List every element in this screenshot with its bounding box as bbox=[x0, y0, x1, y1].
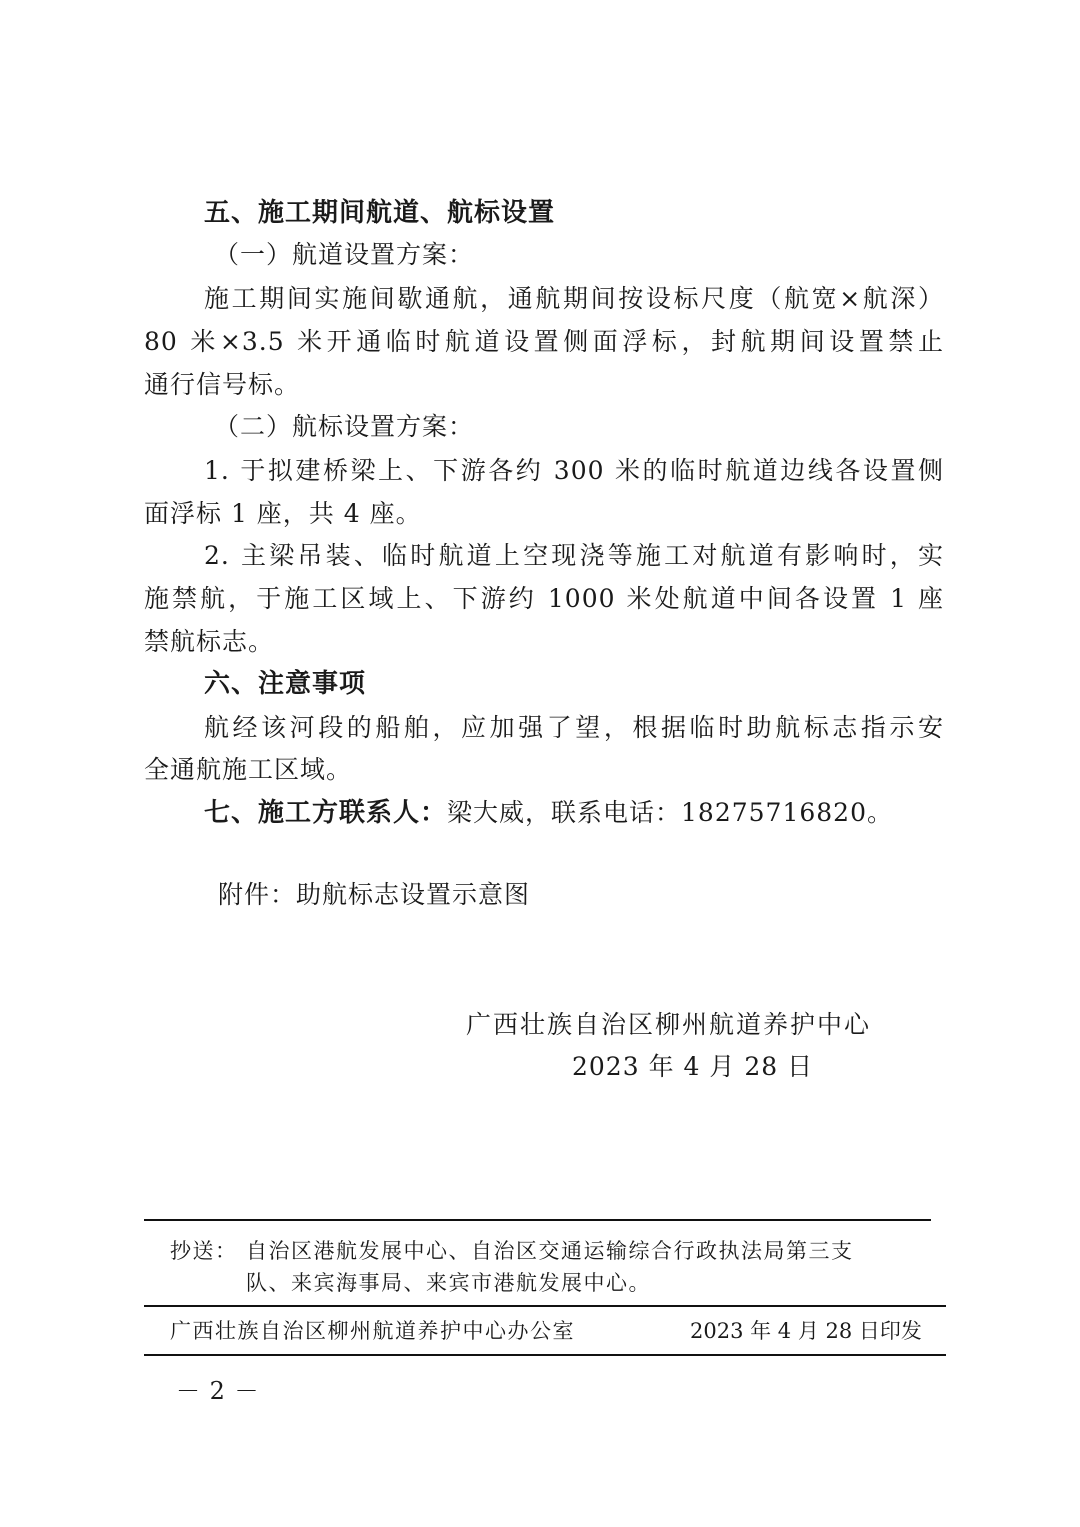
paragraph-line: 面浮标 1 座，共 4 座。 bbox=[144, 499, 422, 529]
divider-top bbox=[144, 1219, 931, 1221]
paragraph-line: 1. 于拟建桥梁上、下游各约 300 米的临时航道边线各设置侧 bbox=[204, 456, 944, 486]
issuer: 广西壮族自治区柳州航道养护中心办公室 bbox=[170, 1316, 575, 1346]
paragraph-line: 施禁航，于施工区域上、下游约 1000 米处航道中间各设置 1 座 bbox=[144, 584, 944, 614]
signature-org: 广西壮族自治区柳州航道养护中心 bbox=[466, 1010, 871, 1040]
section5-sub1-heading: （一）航道设置方案： bbox=[214, 240, 474, 270]
signature-date: 2023 年 4 月 28 日 bbox=[572, 1052, 813, 1082]
contact-info: 梁大威，联系电话：18275716820。 bbox=[447, 798, 893, 827]
divider-middle bbox=[144, 1305, 946, 1307]
page-number: － 2 － bbox=[176, 1376, 260, 1406]
cc-line: 队、来宾海事局、来宾市港航发展中心。 bbox=[246, 1268, 651, 1298]
cc-label: 抄送： bbox=[170, 1236, 238, 1266]
paragraph-line: 80 米×3.5 米开通临时航道设置侧面浮标，封航期间设置禁止 bbox=[144, 327, 944, 357]
paragraph-line: 2. 主梁吊装、临时航道上空现浇等施工对航道有影响时，实 bbox=[204, 541, 944, 571]
issue-date: 2023 年 4 月 28 日印发 bbox=[690, 1316, 922, 1346]
cc-line: 自治区港航发展中心、自治区交通运输综合行政执法局第三支 bbox=[246, 1236, 854, 1266]
paragraph-line: 通行信号标。 bbox=[144, 370, 300, 400]
section7-heading: 七、施工方联系人： bbox=[204, 798, 447, 828]
paragraph-line: 禁航标志。 bbox=[144, 627, 274, 657]
divider-bottom bbox=[144, 1354, 946, 1356]
paragraph-line: 全通航施工区域。 bbox=[144, 755, 352, 785]
section6-heading: 六、注意事项 bbox=[204, 669, 366, 699]
section5-heading: 五、施工期间航道、航标设置 bbox=[204, 198, 555, 228]
paragraph-line: 施工期间实施间歇通航，通航期间按设标尺度（航宽×航深） bbox=[204, 284, 944, 314]
paragraph-line: 航经该河段的船舶，应加强了望，根据临时助航标志指示安 bbox=[204, 713, 944, 743]
section7-line: 七、施工方联系人：梁大威，联系电话：18275716820。 bbox=[204, 798, 893, 828]
section5-sub2-heading: （二）航标设置方案： bbox=[214, 412, 474, 442]
attachment-note: 附件：助航标志设置示意图 bbox=[218, 880, 530, 910]
